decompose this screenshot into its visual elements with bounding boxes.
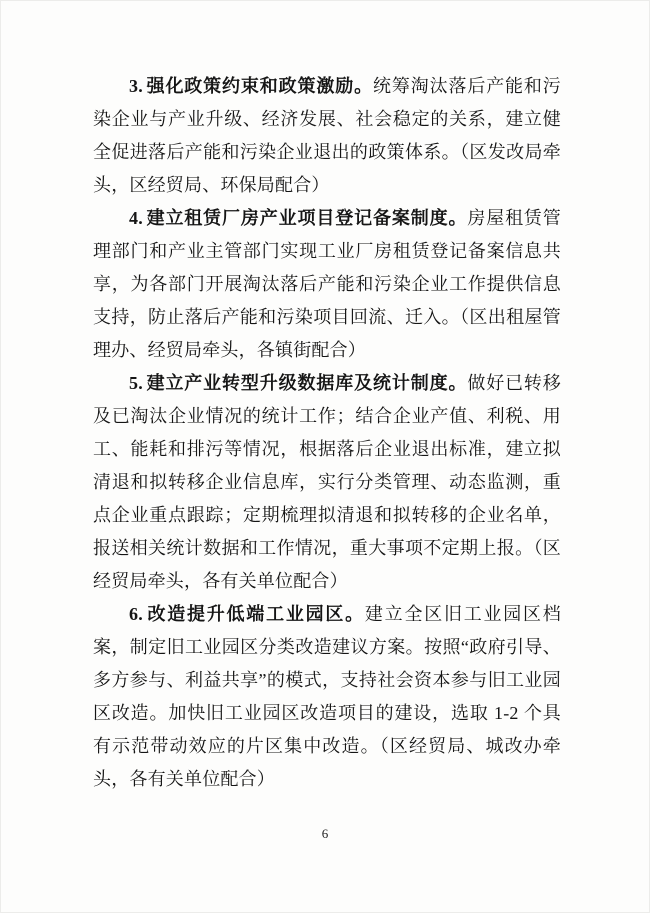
- scanned-document-page: { "page_number": "6", "paragraphs": [ { …: [0, 0, 650, 913]
- paragraph-item-3-heading: 3.强化政策约束和政策激励。: [129, 76, 373, 96]
- paragraph-item-4: 4.建立租赁厂房产业项目登记备案制度。房屋租赁管理部门和产业主管部门实现工业厂房…: [93, 202, 561, 367]
- paragraph-item-5-heading: 5.建立产业转型升级数据库及统计制度。: [129, 373, 467, 393]
- item-title: 强化政策约束和政策激励。: [146, 76, 373, 96]
- paragraph-item-6: 6.改造提升低端工业园区。建立全区旧工业园区档案，制定旧工业园区分类改造建议方案…: [93, 598, 561, 796]
- page-number: 6: [0, 826, 650, 842]
- paragraph-item-5: 5.建立产业转型升级数据库及统计制度。做好已转移及已淘汰企业情况的统计工作；结合…: [93, 367, 561, 598]
- item-body: 做好已转移及已淘汰企业情况的统计工作；结合企业产值、利税、用工、能耗和排污等情况…: [93, 373, 561, 591]
- item-body: 建立全区旧工业园区档案，制定旧工业园区分类改造建议方案。按照“政府引导、多方参与…: [93, 604, 561, 789]
- item-number: 3.: [129, 76, 143, 96]
- item-number: 4.: [129, 208, 143, 228]
- item-title: 改造提升低端工业园区。: [146, 604, 365, 624]
- paragraph-item-3: 3.强化政策约束和政策激励。统筹淘汰落后产能和污染企业与产业升级、经济发展、社会…: [93, 70, 561, 202]
- item-title: 建立产业转型升级数据库及统计制度。: [146, 373, 467, 393]
- document-text-block: 3.强化政策约束和政策激励。统筹淘汰落后产能和污染企业与产业升级、经济发展、社会…: [93, 70, 561, 796]
- item-number: 5.: [129, 373, 143, 393]
- item-number: 6.: [129, 604, 143, 624]
- item-body: 房屋租赁管理部门和产业主管部门实现工业厂房租赁登记备案信息共享，为各部门开展淘汰…: [93, 208, 561, 360]
- paragraph-item-4-heading: 4.建立租赁厂房产业项目登记备案制度。: [129, 208, 467, 228]
- item-title: 建立租赁厂房产业项目登记备案制度。: [146, 208, 467, 228]
- paragraph-item-6-heading: 6.改造提升低端工业园区。: [129, 604, 365, 624]
